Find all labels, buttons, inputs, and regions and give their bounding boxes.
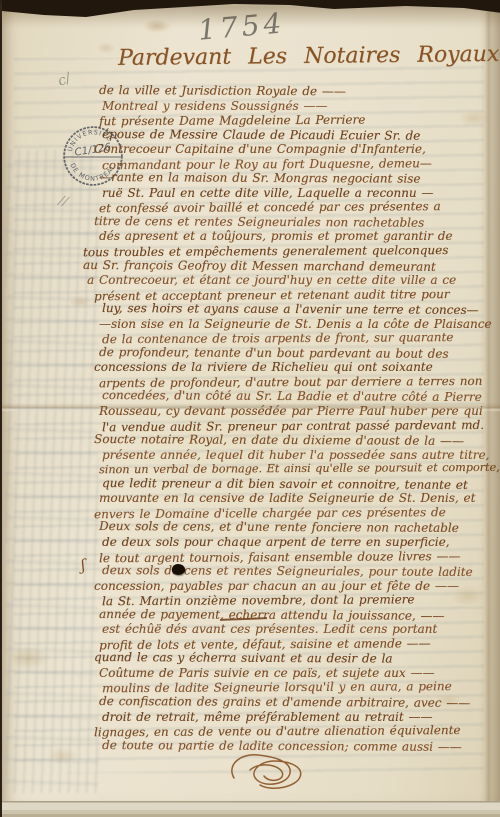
manuscript-line: Montreal y residens Soussignés —— — [102, 99, 494, 114]
manuscript-line: Rousseau, cy devant possédée par Pierre … — [99, 404, 494, 419]
manuscript-line: dés apresent et a toûjours, promis et pr… — [99, 229, 494, 244]
manuscript-line: concessions de la riviere de Richelieu q… — [94, 360, 494, 375]
manuscript-line: que ledit preneur a dit bien savoir et c… — [102, 476, 494, 493]
manuscript-line: épouse de Messire Claude de Picaudi Ecui… — [102, 127, 494, 144]
manuscript-line: année de payement, echerra attendu la jo… — [99, 607, 494, 624]
signature-paraph-icon — [220, 748, 312, 794]
manuscript-line: mouvante en la censive de ladite Seigneu… — [99, 491, 494, 506]
manuscript-line: Contrecoeur Capitaine d'une Compagnie d'… — [94, 142, 494, 157]
scribe-margin-mark: ʃ — [80, 556, 87, 574]
manuscript-line: Soucte notaire Royal, en date du dixieme… — [94, 432, 494, 449]
manuscript-line: est échûë dés avant ces présentes. Ledit… — [102, 622, 494, 637]
manuscript-heading: Pardevant Les Notaires Royaux — [118, 42, 478, 71]
manuscript-line: de profondeur, tenante d'un bout pardeva… — [99, 345, 494, 362]
manuscript-line: luy, ses hoirs et ayans cause a l'avenir… — [102, 301, 494, 318]
manuscript-line: concedées, d'un côté au Sr. La Badie et … — [102, 388, 494, 405]
manuscript-line: Deux sols de cens, et d'une rente foncie… — [99, 519, 494, 536]
manuscript-line: de confiscation des grains et d'amende a… — [99, 694, 494, 711]
pencil-margin-mark-2: // — [57, 193, 69, 210]
manuscript-line: quand le cas y écherra suivant et au des… — [94, 650, 494, 667]
year-annotation: 1754 — [197, 6, 287, 46]
manuscript-line: —sion sise en la Seigneurie de St. Denis… — [99, 317, 494, 332]
manuscript-page: 1754 c/ // UNIVERSITÉ DE MONTRÉAL C1/126… — [2, 0, 500, 817]
manuscript-line: titre de cens et rentes Seigneuriales no… — [94, 214, 494, 231]
manuscript-line: concession, payables par chacun an au jo… — [94, 579, 494, 594]
pencil-margin-mark: c/ — [55, 70, 73, 90]
manuscript-text-body: de la ville et Jurisdiction Royale de ——… — [99, 84, 494, 753]
manuscript-line: a Contrecoeur, et étant ce jourd'huy en … — [87, 273, 494, 288]
manuscript-line: droit de retrait, même préférablement au… — [102, 710, 494, 725]
manuscript-line: de deux sols pour chaque arpent de terre… — [102, 535, 494, 550]
manuscript-line: de la ville et Jurisdiction Royale de —— — [99, 83, 494, 100]
manuscript-line: présente année, lequel dit huber l'a pos… — [102, 448, 494, 463]
manuscript-line: —rante en la maison du Sr. Mongras negoc… — [99, 170, 494, 187]
page-bottom-edge — [2, 801, 500, 817]
manuscript-line: au Sr. françois Geofroy dit Messen march… — [83, 257, 494, 274]
manuscript-line: deux sols de cens et rentes Seigneuriale… — [102, 563, 494, 580]
